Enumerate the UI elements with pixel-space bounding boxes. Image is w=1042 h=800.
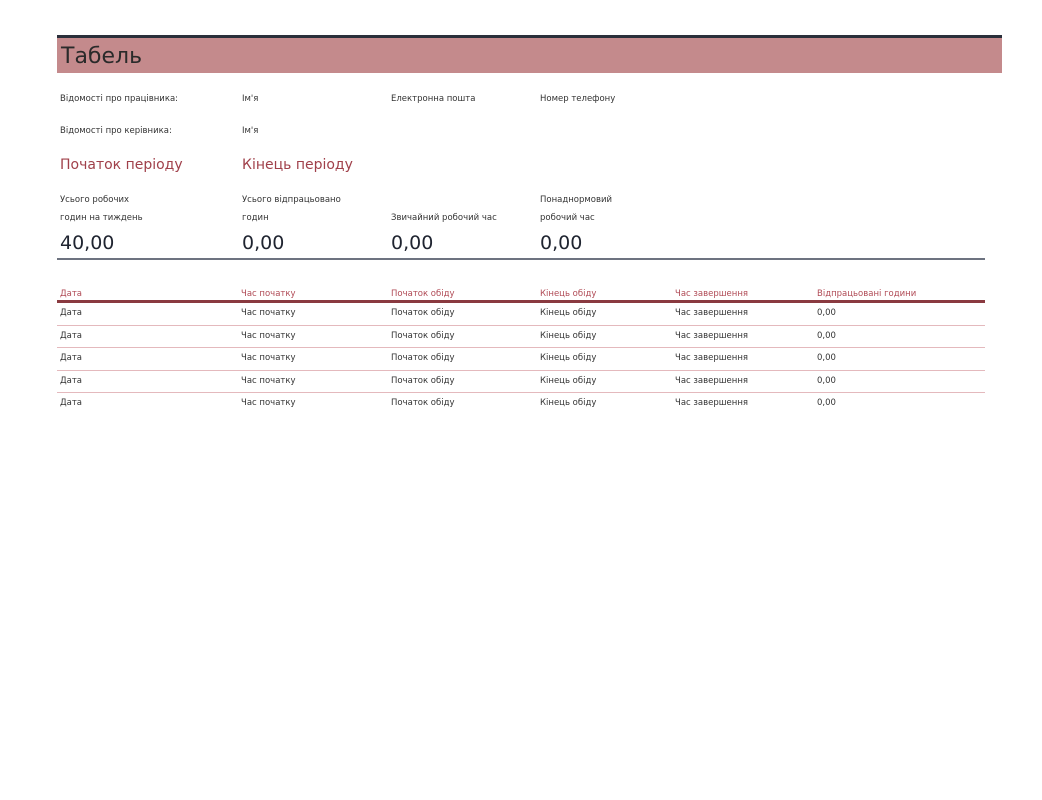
lunch-end-cell[interactable]: Кінець обіду <box>540 393 596 414</box>
table-row: ДатаЧас початкуПочаток обідуКінець обіду… <box>57 393 985 415</box>
summary-label-line: Понаднормовий <box>540 191 612 209</box>
lunch-end-cell[interactable]: Кінець обіду <box>540 348 596 369</box>
end-time-cell[interactable]: Час завершення <box>675 393 748 414</box>
summary-label-line: Звичайний робочий час <box>391 209 497 227</box>
start-time-cell[interactable]: Час початку <box>241 371 296 392</box>
employee-label: Відомості про працівника: <box>60 94 178 104</box>
period-start-field[interactable]: Початок періоду <box>60 157 183 173</box>
lunch-start-cell[interactable]: Початок обіду <box>391 348 455 369</box>
column-header-hours-worked[interactable]: Відпрацьовані години <box>817 287 916 301</box>
column-header-date[interactable]: Дата <box>60 287 82 301</box>
table-row: ДатаЧас початкуПочаток обідуКінець обіду… <box>57 371 985 394</box>
summary-label-total-worked: Усього відпрацьовано годин <box>242 191 341 227</box>
summary-label-line: годин <box>242 209 341 227</box>
date-cell[interactable]: Дата <box>60 326 82 347</box>
table-row: ДатаЧас початкуПочаток обідуКінець обіду… <box>57 326 985 349</box>
hours-worked-cell: 0,00 <box>817 303 836 324</box>
summary-label-line: робочий час <box>540 209 612 227</box>
lunch-start-cell[interactable]: Початок обіду <box>391 303 455 324</box>
start-time-cell[interactable]: Час початку <box>241 303 296 324</box>
lunch-start-cell[interactable]: Початок обіду <box>391 371 455 392</box>
document-title[interactable]: Табель <box>61 44 142 69</box>
table-header-row: Дата Час початку Початок обіду Кінець об… <box>57 286 985 303</box>
end-time-cell[interactable]: Час завершення <box>675 348 748 369</box>
date-cell[interactable]: Дата <box>60 393 82 414</box>
column-header-start-time[interactable]: Час початку <box>241 287 296 301</box>
lunch-start-cell[interactable]: Початок обіду <box>391 326 455 347</box>
summary-value-total-weekly[interactable]: 40,00 <box>60 232 114 254</box>
date-cell[interactable]: Дата <box>60 303 82 324</box>
hours-worked-cell: 0,00 <box>817 371 836 392</box>
summary-label-line: Усього відпрацьовано <box>242 191 341 209</box>
start-time-cell[interactable]: Час початку <box>241 393 296 414</box>
summary-divider <box>57 258 985 260</box>
manager-name-field[interactable]: Ім'я <box>242 126 258 136</box>
date-cell[interactable]: Дата <box>60 348 82 369</box>
summary-label-regular: Звичайний робочий час <box>391 191 497 227</box>
summary-label-line: Усього робочих <box>60 191 143 209</box>
employee-name-field[interactable]: Ім'я <box>242 94 258 104</box>
summary-label-line: годин на тиждень <box>60 209 143 227</box>
date-cell[interactable]: Дата <box>60 371 82 392</box>
column-header-lunch-start[interactable]: Початок обіду <box>391 287 455 301</box>
lunch-end-cell[interactable]: Кінець обіду <box>540 326 596 347</box>
hours-worked-cell: 0,00 <box>817 348 836 369</box>
title-band: Табель <box>57 35 1002 73</box>
start-time-cell[interactable]: Час початку <box>241 348 296 369</box>
end-time-cell[interactable]: Час завершення <box>675 326 748 347</box>
employee-email-field[interactable]: Електронна пошта <box>391 94 475 104</box>
summary-label-line <box>391 191 497 209</box>
summary-label-total-weekly: Усього робочих годин на тиждень <box>60 191 143 227</box>
summary-value-regular: 0,00 <box>391 232 433 254</box>
end-time-cell[interactable]: Час завершення <box>675 371 748 392</box>
summary-value-total-worked: 0,00 <box>242 232 284 254</box>
start-time-cell[interactable]: Час початку <box>241 326 296 347</box>
summary-value-overtime: 0,00 <box>540 232 582 254</box>
hours-worked-cell: 0,00 <box>817 393 836 414</box>
manager-label: Відомості про керівника: <box>60 126 172 136</box>
end-time-cell[interactable]: Час завершення <box>675 303 748 324</box>
table-row: ДатаЧас початкуПочаток обідуКінець обіду… <box>57 303 985 326</box>
lunch-end-cell[interactable]: Кінець обіду <box>540 303 596 324</box>
lunch-end-cell[interactable]: Кінець обіду <box>540 371 596 392</box>
timesheet-table: Дата Час початку Початок обіду Кінець об… <box>57 286 985 415</box>
lunch-start-cell[interactable]: Початок обіду <box>391 393 455 414</box>
hours-worked-cell: 0,00 <box>817 326 836 347</box>
summary-label-overtime: Понаднормовий робочий час <box>540 191 612 227</box>
column-header-end-time[interactable]: Час завершення <box>675 287 748 301</box>
period-end-field[interactable]: Кінець періоду <box>242 157 353 173</box>
employee-phone-field[interactable]: Номер телефону <box>540 94 615 104</box>
column-header-lunch-end[interactable]: Кінець обіду <box>540 287 596 301</box>
table-row: ДатаЧас початкуПочаток обідуКінець обіду… <box>57 348 985 371</box>
